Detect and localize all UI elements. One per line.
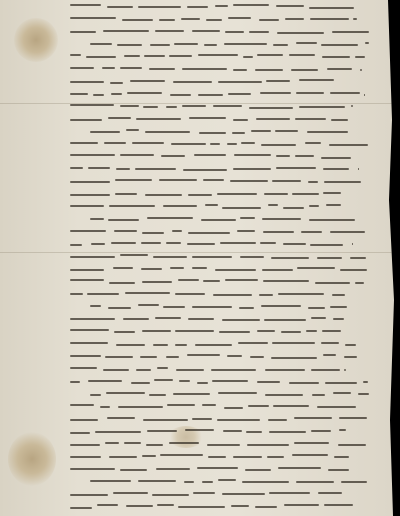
handwritten-line [70, 400, 388, 413]
handwritten-line [70, 375, 388, 388]
handwritten-line [70, 463, 388, 476]
handwritten-line [70, 425, 388, 438]
handwritten-line [70, 500, 388, 513]
manuscript-page [0, 0, 394, 516]
handwritten-line [70, 250, 388, 263]
handwritten-line [70, 450, 388, 463]
handwritten-line [70, 213, 388, 226]
handwritten-line [70, 225, 388, 238]
handwritten-line [70, 238, 388, 251]
handwritten-line [70, 200, 388, 213]
handwritten-line [70, 125, 388, 138]
handwritten-line [70, 50, 388, 63]
handwritten-line [70, 150, 388, 163]
handwritten-line [70, 350, 388, 363]
handwritten-line [70, 475, 388, 488]
handwritten-line [70, 275, 388, 288]
handwritten-line [70, 13, 388, 26]
handwritten-line [70, 63, 388, 76]
handwritten-line [70, 113, 388, 126]
handwritten-line [70, 188, 388, 201]
handwritten-line [70, 488, 388, 501]
stain-top-left [14, 18, 58, 62]
handwritten-line [70, 313, 388, 326]
handwritten-line [70, 25, 388, 38]
handwritten-line [70, 388, 388, 401]
handwritten-line [70, 38, 388, 51]
handwritten-line [70, 138, 388, 151]
handwritten-line [70, 175, 388, 188]
handwritten-line [70, 163, 388, 176]
handwritten-line [70, 413, 388, 426]
handwritten-line [70, 263, 388, 276]
handwritten-line [70, 0, 388, 13]
handwritten-line [70, 300, 388, 313]
handwritten-line [70, 325, 388, 338]
handwritten-line [70, 75, 388, 88]
handwritten-line [70, 88, 388, 101]
stain-bottom-left [8, 432, 56, 486]
handwritten-line [70, 288, 388, 301]
handwritten-line [70, 438, 388, 451]
handwritten-line [70, 363, 388, 376]
handwritten-line [70, 100, 388, 113]
handwritten-text-block [70, 0, 388, 513]
handwritten-line [70, 338, 388, 351]
